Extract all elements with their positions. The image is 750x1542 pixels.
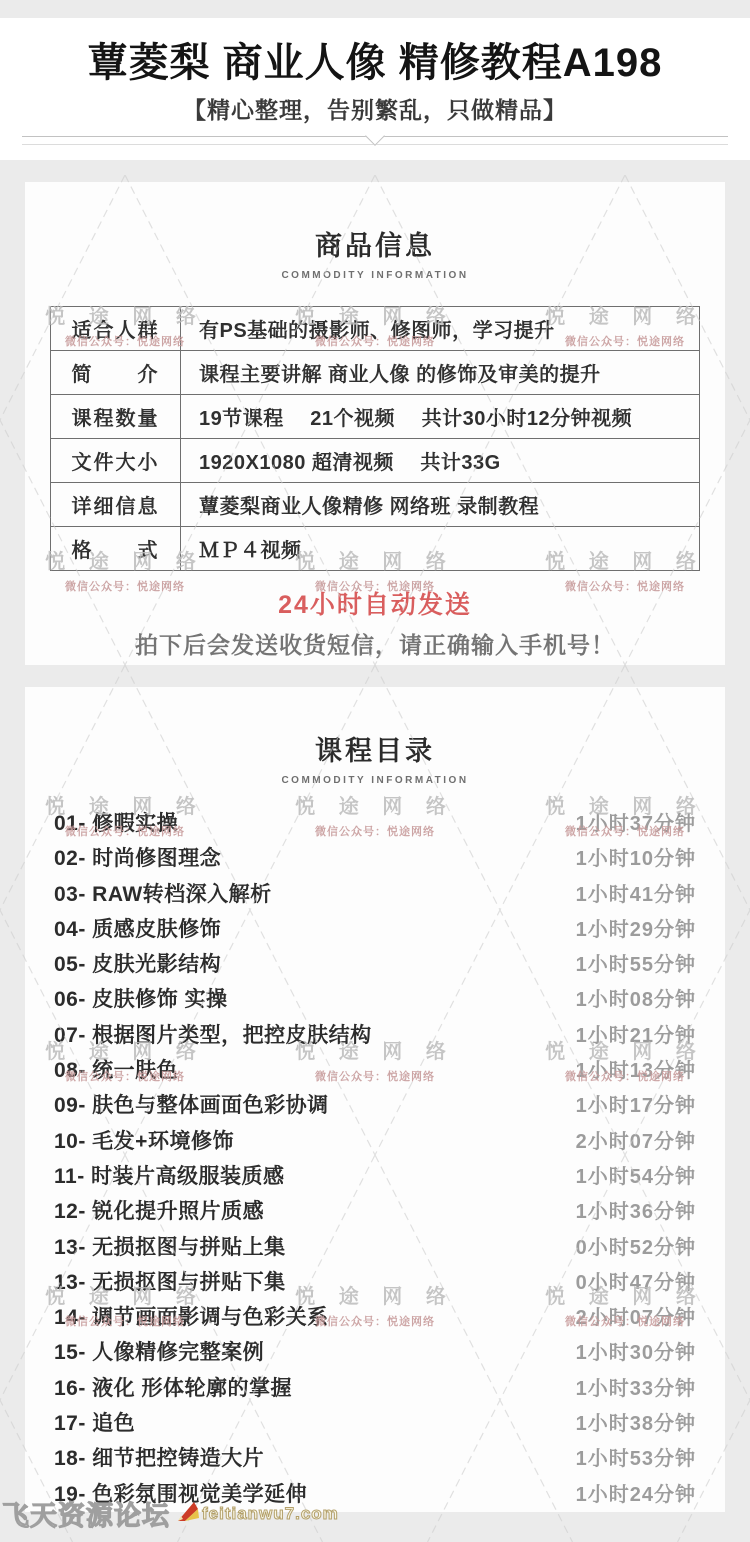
item-title: 16- 液化 形体轮廓的掌握 bbox=[54, 1372, 292, 1402]
list-item: 13- 无损抠图与拼贴上集 0小时52分钟 bbox=[54, 1231, 696, 1266]
list-item: 02- 时尚修图理念 1小时10分钟 bbox=[54, 842, 696, 877]
item-duration: 1小时41分钟 bbox=[576, 878, 696, 907]
item-title: 11- 时装片高级服装质感 bbox=[54, 1160, 285, 1190]
row-value: 有PS基础的摄影师、修图师，学习提升 bbox=[181, 307, 700, 351]
catalog-list: 01- 修暇实操 1小时37分钟 02- 时尚修图理念 1小时10分钟 03- … bbox=[54, 807, 696, 1513]
table-row: 格 式 ＭＰ４视频 bbox=[51, 527, 700, 571]
table-row: 简 介 课程主要讲解 商业人像 的修饰及审美的提升 bbox=[51, 351, 700, 395]
item-title: 07- 根据图片类型，把控皮肤结构 bbox=[54, 1019, 372, 1049]
product-detail-page: 蕈菱梨 商业人像 精修教程A198 【精心整理，告别繁乱，只做精品】 商品信息 … bbox=[0, 0, 750, 1542]
item-title: 05- 皮肤光影结构 bbox=[54, 948, 221, 978]
item-title: 01- 修暇实操 bbox=[54, 807, 178, 837]
item-title: 09- 肤色与整体画面色彩协调 bbox=[54, 1089, 329, 1119]
item-title: 18- 细节把控铸造大片 bbox=[54, 1442, 264, 1472]
info-table-body: 适合人群 有PS基础的摄影师、修图师，学习提升 简 介 课程主要讲解 商业人像 … bbox=[51, 307, 700, 571]
row-value: 1920X1080 超清视频 共计33G bbox=[181, 439, 700, 483]
row-value: 课程主要讲解 商业人像 的修饰及审美的提升 bbox=[181, 351, 700, 395]
row-label: 格 式 bbox=[51, 527, 181, 571]
item-duration: 1小时17分钟 bbox=[576, 1089, 696, 1118]
table-row: 文件大小 1920X1080 超清视频 共计33G bbox=[51, 439, 700, 483]
item-title: 02- 时尚修图理念 bbox=[54, 842, 221, 872]
item-duration: 1小时53分钟 bbox=[576, 1442, 696, 1471]
info-section-subheading: COMMODITY INFORMATION bbox=[25, 270, 725, 281]
item-duration: 1小时29分钟 bbox=[576, 913, 696, 942]
table-row: 课程数量 19节课程 21个视频 共计30小时12分钟视频 bbox=[51, 395, 700, 439]
item-title: 13- 无损抠图与拼贴下集 bbox=[54, 1266, 286, 1296]
catalog-section-heading: 课程目录 bbox=[25, 687, 725, 768]
row-value: 19节课程 21个视频 共计30小时12分钟视频 bbox=[181, 395, 700, 439]
row-label: 适合人群 bbox=[51, 307, 181, 351]
info-section-heading: 商品信息 bbox=[25, 182, 725, 263]
item-duration: 1小时21分钟 bbox=[576, 1019, 696, 1048]
row-label: 文件大小 bbox=[51, 439, 181, 483]
list-item: 04- 质感皮肤修饰 1小时29分钟 bbox=[54, 913, 696, 948]
item-duration: 1小时38分钟 bbox=[576, 1407, 696, 1436]
item-title: 14- 调节画面影调与色彩关系 bbox=[54, 1301, 329, 1331]
list-item: 19- 色彩氛围视觉美学延伸 1小时24分钟 bbox=[54, 1478, 696, 1513]
item-title: 12- 锐化提升照片质感 bbox=[54, 1195, 264, 1225]
list-item: 01- 修暇实操 1小时37分钟 bbox=[54, 807, 696, 842]
list-item: 07- 根据图片类型，把控皮肤结构 1小时21分钟 bbox=[54, 1019, 696, 1054]
table-row: 详细信息 蕈菱梨商业人像精修 网络班 录制教程 bbox=[51, 483, 700, 527]
item-title: 04- 质感皮肤修饰 bbox=[54, 913, 221, 943]
item-duration: 0小时52分钟 bbox=[576, 1231, 696, 1260]
list-item: 06- 皮肤修饰 实操 1小时08分钟 bbox=[54, 983, 696, 1018]
list-item: 18- 细节把控铸造大片 1小时53分钟 bbox=[54, 1442, 696, 1477]
row-label: 详细信息 bbox=[51, 483, 181, 527]
row-value: ＭＰ４视频 bbox=[181, 527, 700, 571]
row-label: 简 介 bbox=[51, 351, 181, 395]
item-duration: 1小时24分钟 bbox=[576, 1478, 696, 1507]
list-item: 16- 液化 形体轮廓的掌握 1小时33分钟 bbox=[54, 1372, 696, 1407]
table-row: 适合人群 有PS基础的摄影师、修图师，学习提升 bbox=[51, 307, 700, 351]
sms-notice: 拍下后会发送收货短信，请正确输入手机号！ bbox=[25, 627, 725, 660]
item-title: 10- 毛发+环境修饰 bbox=[54, 1125, 234, 1155]
header-divider bbox=[22, 136, 728, 149]
item-title: 15- 人像精修完整案例 bbox=[54, 1336, 264, 1366]
page-title: 蕈菱梨 商业人像 精修教程A198 bbox=[0, 18, 750, 86]
row-label: 课程数量 bbox=[51, 395, 181, 439]
list-item: 08- 统一肤色 1小时13分钟 bbox=[54, 1054, 696, 1089]
item-title: 13- 无损抠图与拼贴上集 bbox=[54, 1231, 286, 1261]
list-item: 17- 追色 1小时38分钟 bbox=[54, 1407, 696, 1442]
item-duration: 1小时33分钟 bbox=[576, 1372, 696, 1401]
info-table: 适合人群 有PS基础的摄影师、修图师，学习提升 简 介 课程主要讲解 商业人像 … bbox=[50, 306, 700, 571]
list-item: 11- 时装片高级服装质感 1小时54分钟 bbox=[54, 1160, 696, 1195]
list-item: 03- RAW转档深入解析 1小时41分钟 bbox=[54, 878, 696, 913]
auto-delivery-notice: 24小时自动发送 bbox=[25, 585, 725, 621]
item-duration: 1小时55分钟 bbox=[576, 948, 696, 977]
section-card-info: 商品信息 COMMODITY INFORMATION 适合人群 有PS基础的摄影… bbox=[25, 182, 725, 665]
list-item: 05- 皮肤光影结构 1小时55分钟 bbox=[54, 948, 696, 983]
item-title: 06- 皮肤修饰 实操 bbox=[54, 983, 228, 1013]
item-duration: 2小时07分钟 bbox=[576, 1301, 696, 1330]
page-header: 蕈菱梨 商业人像 精修教程A198 【精心整理，告别繁乱，只做精品】 bbox=[0, 18, 750, 160]
item-duration: 1小时54分钟 bbox=[576, 1160, 696, 1189]
catalog-section-subheading: COMMODITY INFORMATION bbox=[25, 775, 725, 786]
list-item: 09- 肤色与整体画面色彩协调 1小时17分钟 bbox=[54, 1089, 696, 1124]
item-duration: 1小时10分钟 bbox=[576, 842, 696, 871]
item-duration: 1小时36分钟 bbox=[576, 1195, 696, 1224]
item-duration: 1小时30分钟 bbox=[576, 1336, 696, 1365]
row-value: 蕈菱梨商业人像精修 网络班 录制教程 bbox=[181, 483, 700, 527]
list-item: 12- 锐化提升照片质感 1小时36分钟 bbox=[54, 1195, 696, 1230]
list-item: 14- 调节画面影调与色彩关系 2小时07分钟 bbox=[54, 1301, 696, 1336]
item-title: 03- RAW转档深入解析 bbox=[54, 878, 272, 908]
section-card-catalog: 课程目录 COMMODITY INFORMATION 01- 修暇实操 1小时3… bbox=[25, 687, 725, 1512]
list-item: 10- 毛发+环境修饰 2小时07分钟 bbox=[54, 1125, 696, 1160]
item-duration: 0小时47分钟 bbox=[576, 1266, 696, 1295]
page-subtitle: 【精心整理，告别繁乱，只做精品】 bbox=[0, 92, 750, 125]
item-duration: 1小时08分钟 bbox=[576, 983, 696, 1012]
list-item: 13- 无损抠图与拼贴下集 0小时47分钟 bbox=[54, 1266, 696, 1301]
item-duration: 2小时07分钟 bbox=[576, 1125, 696, 1154]
item-title: 17- 追色 bbox=[54, 1407, 135, 1437]
item-title: 08- 统一肤色 bbox=[54, 1054, 178, 1084]
item-duration: 1小时37分钟 bbox=[576, 807, 696, 836]
item-duration: 1小时13分钟 bbox=[576, 1054, 696, 1083]
item-title: 19- 色彩氛围视觉美学延伸 bbox=[54, 1478, 307, 1508]
list-item: 15- 人像精修完整案例 1小时30分钟 bbox=[54, 1336, 696, 1371]
